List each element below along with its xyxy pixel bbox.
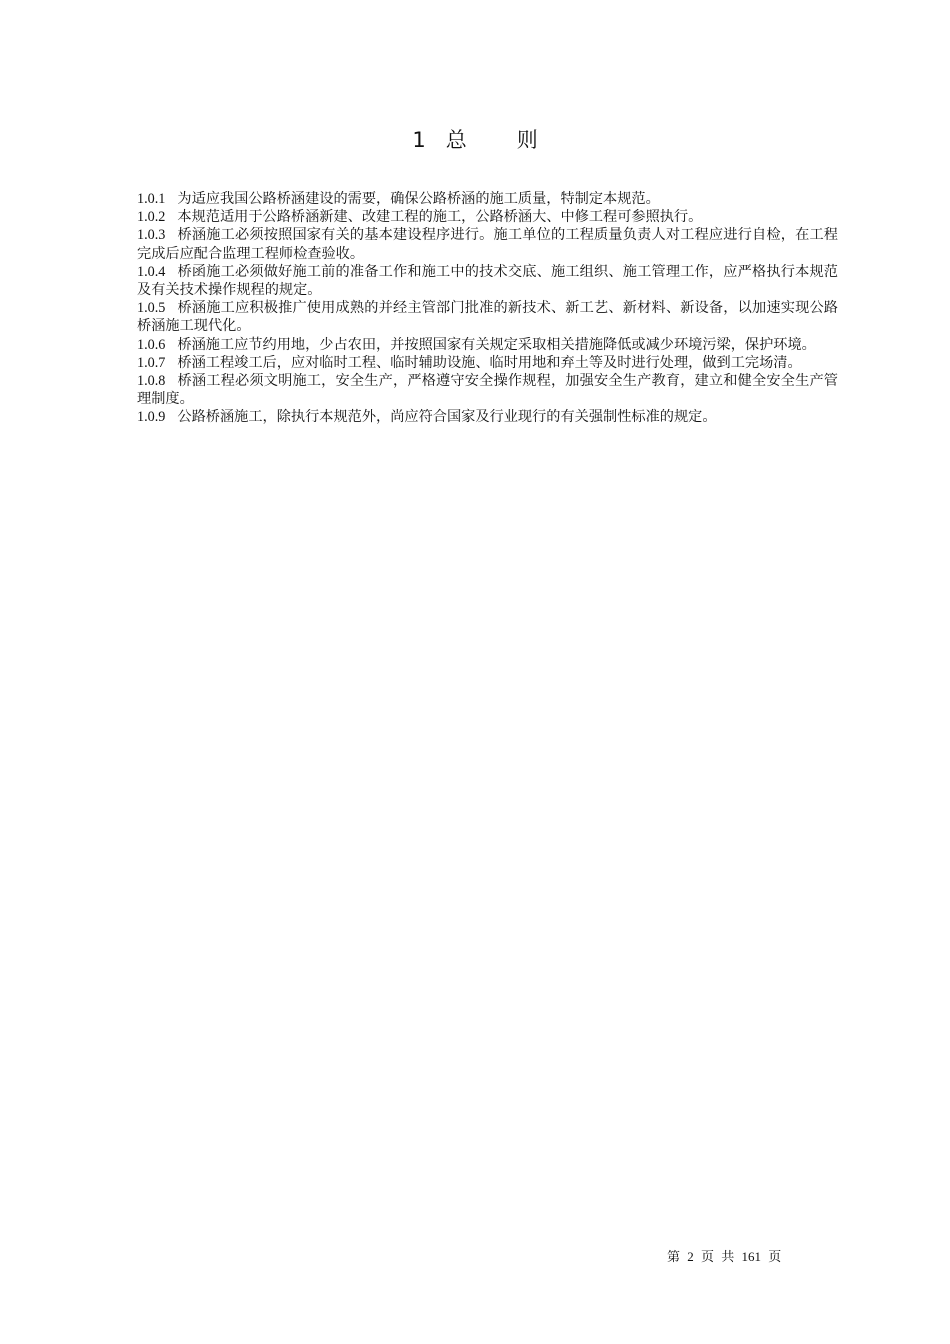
document-page: 1总则 1.0.1为适应我国公路桥涵建设的需要，确保公路桥涵的施工质量，特制定本… <box>0 0 950 1344</box>
clause-paragraph: 1.0.3桥涵施工必须按照国家有关的基本建设程序进行。施工单位的工程质量负责人对… <box>137 226 838 262</box>
clause-number: 1.0.1 <box>137 191 165 207</box>
clause-paragraph: 1.0.6桥涵施工应节约用地，少占农田，并按照国家有关规定采取相关措施降低或减少… <box>137 336 838 354</box>
clause-text: 桥涵工程竣工后，应对临时工程、临时辅助设施、临时用地和弃土等及时进行处理，做到工… <box>177 355 801 371</box>
page-footer: 第 2 页 共 161 页 <box>667 1246 781 1265</box>
clause-paragraph: 1.0.2本规范适用于公路桥涵新建、改建工程的施工，公路桥涵大、中修工程可参照执… <box>137 208 838 226</box>
clause-number: 1.0.2 <box>137 209 165 225</box>
clause-text: 为适应我国公路桥涵建设的需要，确保公路桥涵的施工质量，特制定本规范。 <box>177 191 659 207</box>
chapter-title-part1: 总 <box>446 128 467 152</box>
clause-text: 桥函施工必须做好施工前的准备工作和施工中的技术交底、施工组织、施工管理工作，应严… <box>137 264 838 298</box>
clause-paragraph: 1.0.7桥涵工程竣工后，应对临时工程、临时辅助设施、临时用地和弃土等及时进行处… <box>137 354 838 372</box>
chapter-title-part2: 则 <box>517 128 538 152</box>
clause-paragraph: 1.0.5桥涵施工应积极推广使用成熟的并经主管部门批准的新技术、新工艺、新材料、… <box>137 299 838 335</box>
clause-text: 桥涵施工应积极推广使用成熟的并经主管部门批准的新技术、新工艺、新材料、新设备，以… <box>137 300 838 334</box>
clause-text: 公路桥涵施工，除执行本规范外，尚应符合国家及行业现行的有关强制性标准的规定。 <box>177 409 716 425</box>
chapter-body: 1.0.1为适应我国公路桥涵建设的需要，确保公路桥涵的施工质量，特制定本规范。 … <box>137 190 838 427</box>
clause-paragraph: 1.0.8桥涵工程必须文明施工，安全生产，严格遵守安全操作规程，加强安全生产教育… <box>137 372 838 408</box>
clause-text: 本规范适用于公路桥涵新建、改建工程的施工，公路桥涵大、中修工程可参照执行。 <box>177 209 702 225</box>
clause-number: 1.0.8 <box>137 373 165 389</box>
chapter-number: 1 <box>412 128 425 152</box>
clause-text: 桥涵施工应节约用地，少占农田，并按照国家有关规定采取相关措施降低或减少环境污梁，… <box>177 337 815 353</box>
clause-paragraph: 1.0.1为适应我国公路桥涵建设的需要，确保公路桥涵的施工质量，特制定本规范。 <box>137 190 838 208</box>
clause-paragraph: 1.0.4桥函施工必须做好施工前的准备工作和施工中的技术交底、施工组织、施工管理… <box>137 263 838 299</box>
clause-number: 1.0.6 <box>137 337 165 353</box>
chapter-title: 1总则 <box>0 124 950 154</box>
clause-number: 1.0.5 <box>137 300 165 316</box>
clause-number: 1.0.4 <box>137 264 165 280</box>
clause-text: 桥涵工程必须文明施工，安全生产，严格遵守安全操作规程，加强安全生产教育，建立和健… <box>137 373 838 407</box>
clause-text: 桥涵施工必须按照国家有关的基本建设程序进行。施工单位的工程质量负责人对工程应进行… <box>137 227 838 261</box>
clause-paragraph: 1.0.9公路桥涵施工，除执行本规范外，尚应符合国家及行业现行的有关强制性标准的… <box>137 408 838 426</box>
clause-number: 1.0.3 <box>137 227 165 243</box>
clause-number: 1.0.7 <box>137 355 165 371</box>
clause-number: 1.0.9 <box>137 409 165 425</box>
